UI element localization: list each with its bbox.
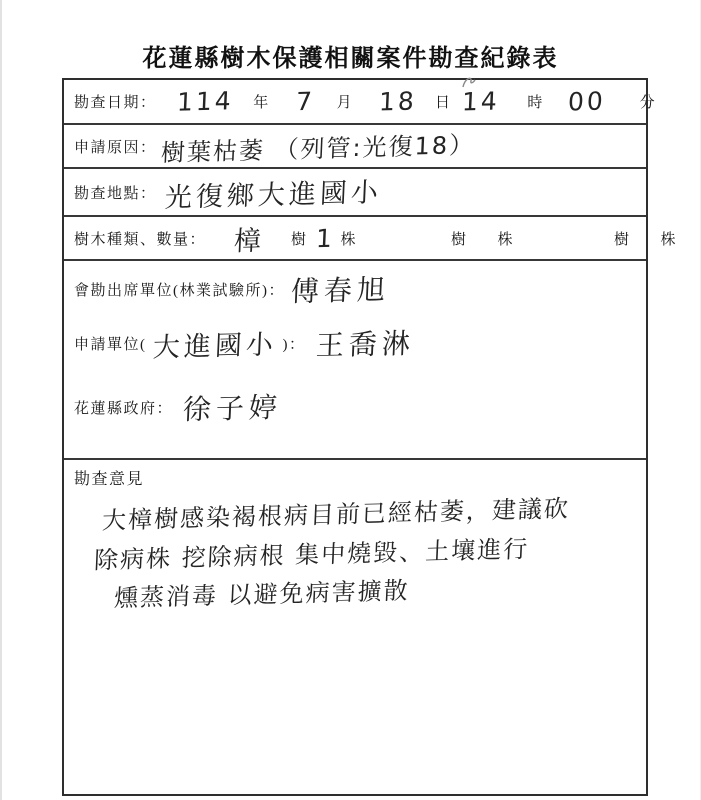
- applicant-org-handwritten: 大進國小: [152, 322, 278, 364]
- species-label: 樹木種類、數量：: [74, 228, 206, 249]
- attendee-label: 會勘出席單位(林業試驗所)：: [74, 279, 285, 300]
- inspection-form-table: 勘查日期： 114 年 7 月 18 日 14 時 00 分 申請原因： 樹葉枯…: [62, 78, 648, 796]
- county-line: 花蓮縣政府： 徐子婷: [74, 387, 282, 427]
- species-1-count: 1: [315, 223, 335, 253]
- form-row-tree-species-count: 樹木種類、數量： 樟 樹 1 株 樹 株 樹 株: [64, 217, 646, 261]
- county-signature: 徐子婷: [182, 386, 283, 429]
- date-minute-value: 00: [567, 86, 606, 116]
- date-label: 勘查日期：: [74, 91, 157, 112]
- form-row-inspection-location: 勘查地點： 光復鄉大進國小: [64, 169, 646, 217]
- opinion-label: 勘查意見: [74, 466, 636, 489]
- form-box-attending-units: 會勘出席單位(林業試驗所)： 傅春旭 申請單位( 大進國小 )： 王喬淋 花蓮縣…: [64, 261, 646, 460]
- form-row-inspection-date: 勘查日期： 114 年 7 月 18 日 14 時 00 分: [64, 80, 646, 125]
- location-value: 光復鄉大進國小: [164, 170, 383, 215]
- scan-edge-artifact-left: [0, 0, 2, 800]
- date-day-value: 18: [379, 86, 418, 116]
- date-year-value: 114: [176, 86, 234, 117]
- form-row-application-reason: 申請原因： 樹葉枯萎 （列管:光復18）: [64, 125, 646, 169]
- county-label: 花蓮縣政府：: [74, 397, 173, 418]
- location-label: 勘查地點：: [74, 182, 157, 203]
- date-month-value: 7: [295, 87, 315, 117]
- species-3-count-unit: 株: [661, 228, 678, 249]
- reason-value: 樹葉枯萎 （列管:光復18）: [160, 124, 476, 167]
- applicant-label-suffix: )：: [283, 333, 306, 354]
- applicant-signature: 王喬淋: [315, 322, 416, 365]
- opinion-line-3: 燻蒸消毒 以避免病害擴散: [73, 571, 410, 620]
- species-2-count-unit: 株: [497, 228, 514, 249]
- date-hour-unit: 時: [527, 91, 544, 112]
- applicant-line: 申請單位( 大進國小 )： 王喬淋: [74, 323, 415, 363]
- reason-label: 申請原因：: [74, 136, 157, 157]
- species-3-tree-unit: 樹: [614, 228, 631, 249]
- date-minute-unit: 分: [640, 91, 657, 112]
- species-1-name: 樟: [233, 218, 266, 258]
- date-month-unit: 月: [337, 91, 354, 112]
- form-box-inspection-opinion: 勘查意見 大樟樹感染褐根病目前已經枯萎，建議砍 除病株 挖除病根 集中燒毀、土壤…: [64, 460, 646, 796]
- species-1-count-unit: 株: [340, 228, 357, 249]
- species-1-tree-unit: 樹: [291, 228, 308, 249]
- date-hour-value: 14: [461, 86, 500, 116]
- date-year-unit: 年: [253, 91, 270, 112]
- attendee-line: 會勘出席單位(林業試驗所)： 傅春旭: [74, 269, 390, 309]
- attendee-signature: 傅春旭: [290, 268, 391, 311]
- species-2-tree-unit: 樹: [451, 228, 468, 249]
- date-day-unit: 日: [435, 91, 452, 112]
- applicant-label-prefix: 申請單位(: [74, 333, 147, 354]
- page-title: 花蓮縣樹木保護相關案件勘查紀錄表: [0, 38, 701, 73]
